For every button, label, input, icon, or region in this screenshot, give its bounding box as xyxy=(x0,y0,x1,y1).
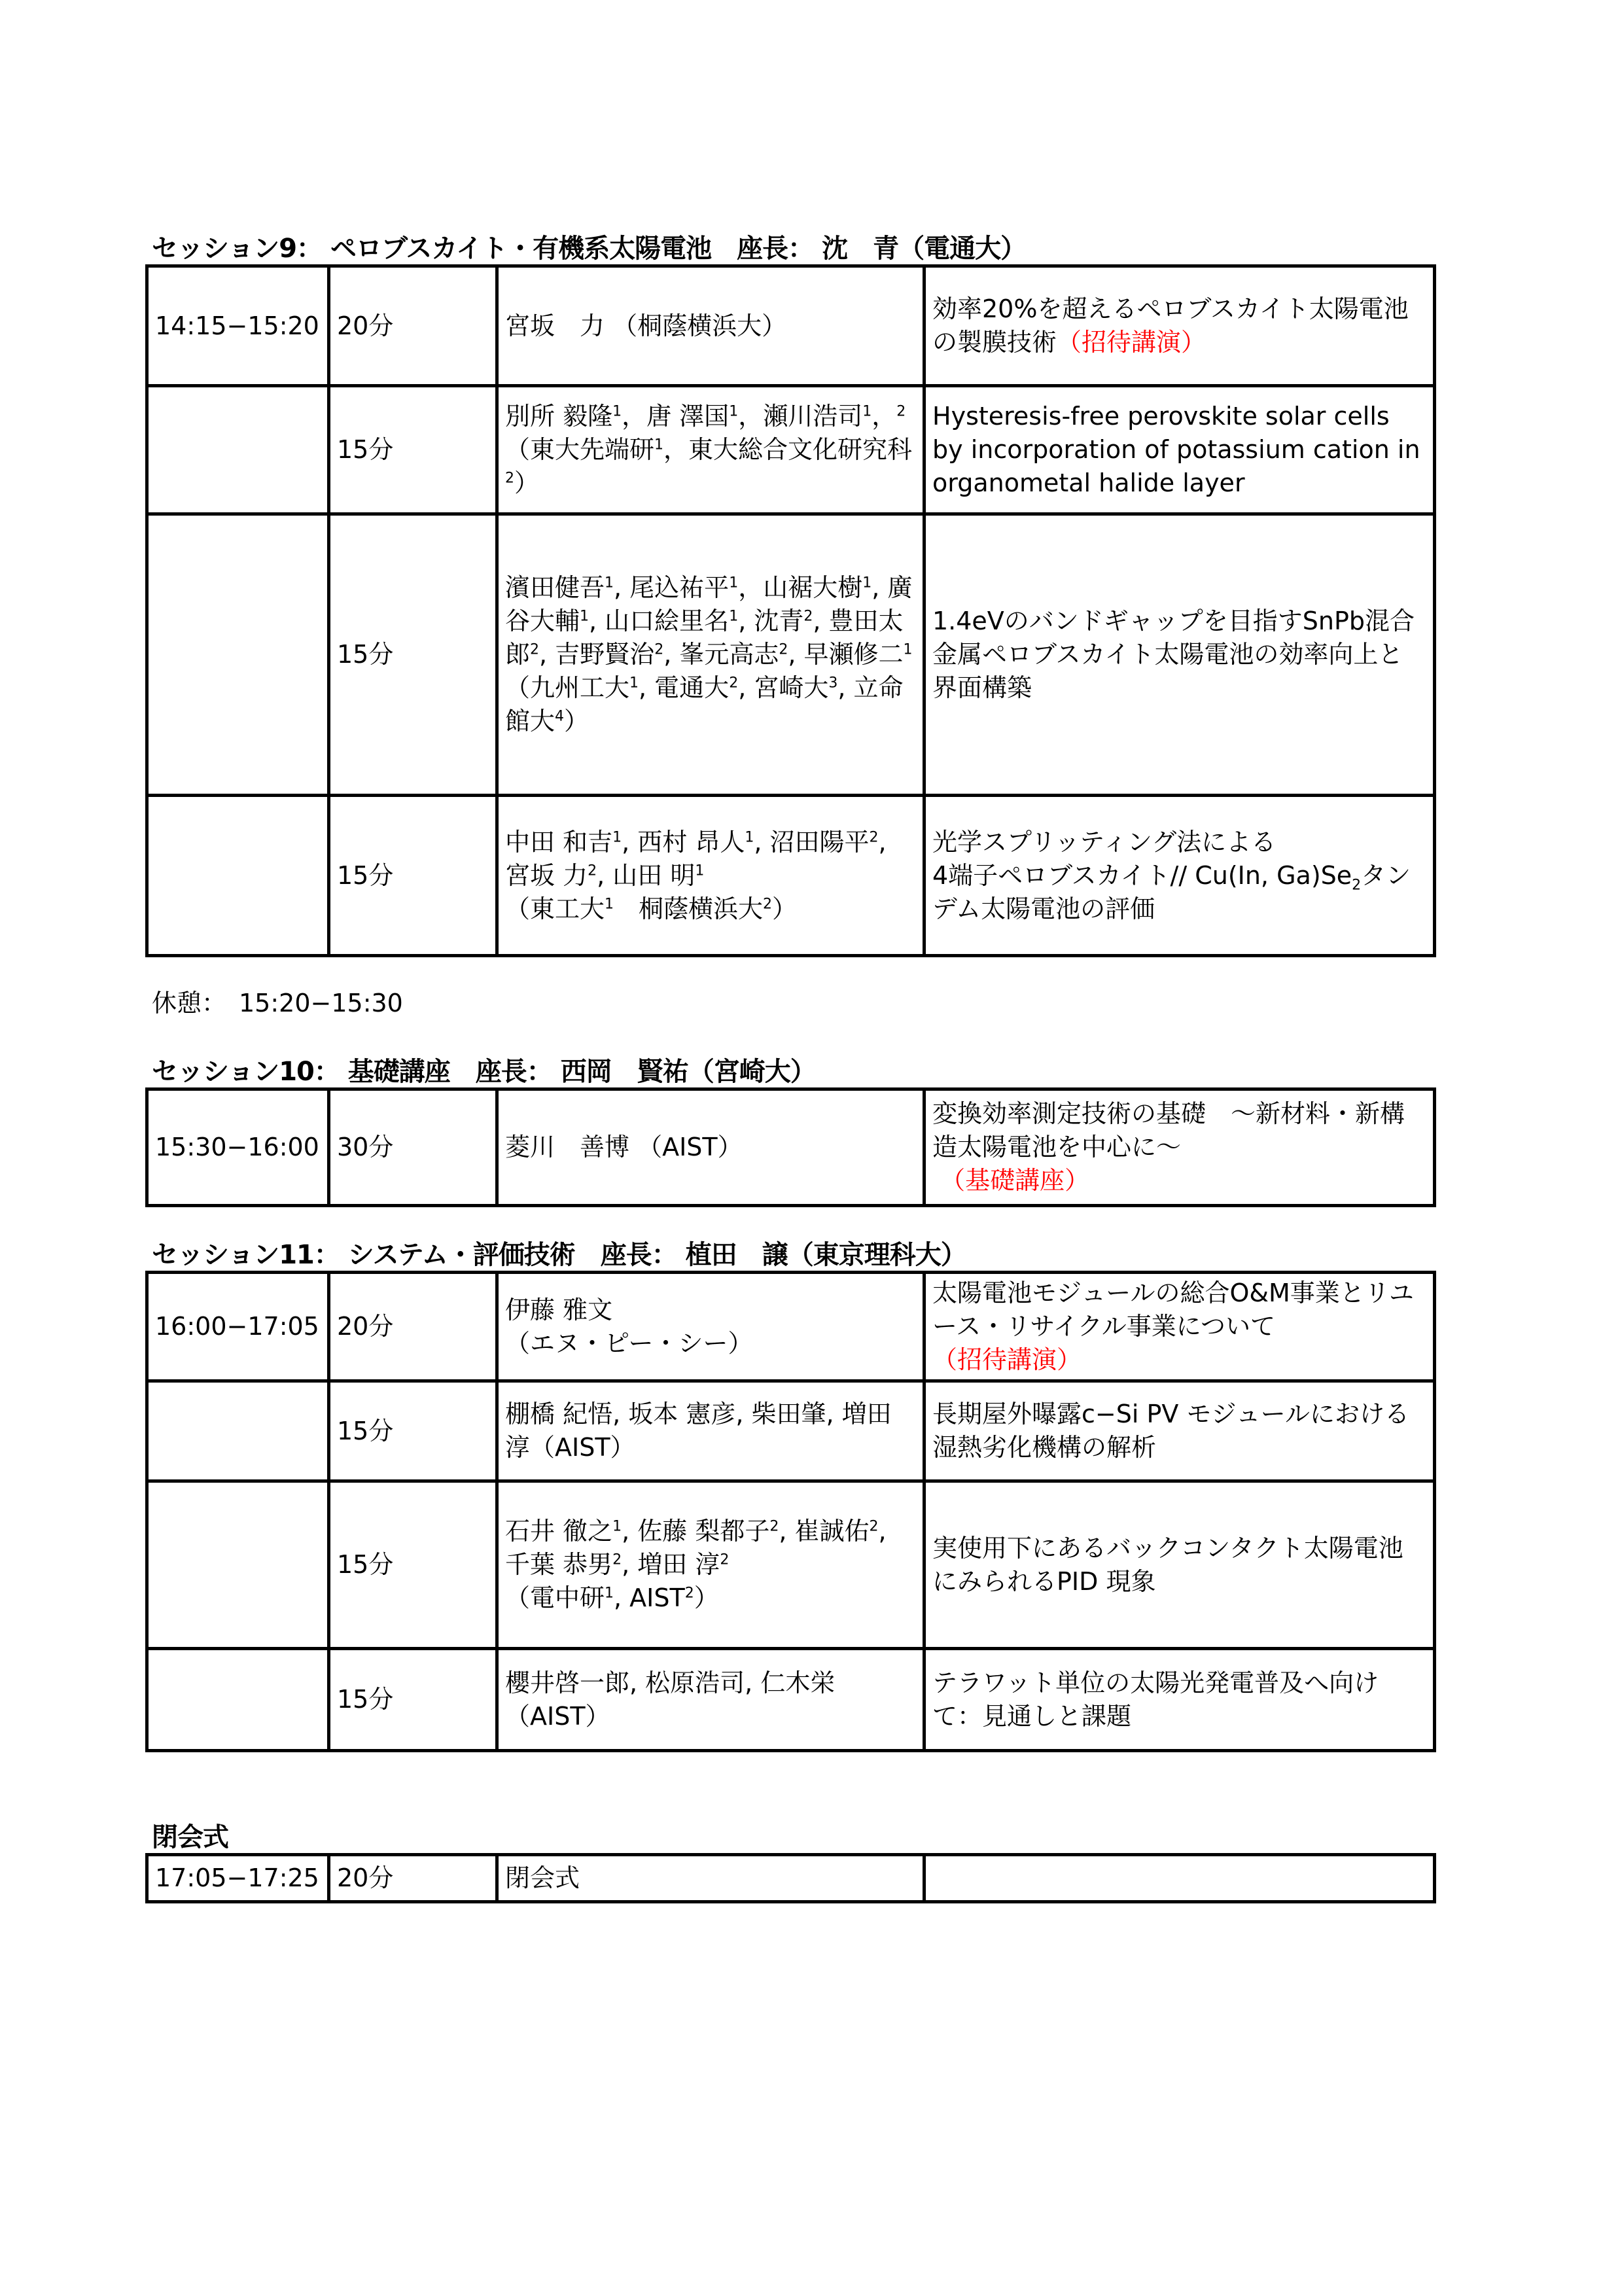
time-cell xyxy=(147,1649,329,1751)
lecture-tag: （基礎講座） xyxy=(940,1166,1089,1195)
time-cell xyxy=(147,1381,329,1481)
title-cell: 変換効率測定技術の基礎 ～新材料・新構造太陽電池を中心に～ （基礎講座） xyxy=(924,1089,1435,1206)
time-cell: 14:15−15:20 xyxy=(147,266,329,386)
session11-table: 16:00−17:05 20分 伊藤 雅文（エヌ・ピー・シー） 太陽電池モジュー… xyxy=(145,1271,1436,1752)
break-label: 休憩： 15:20−15:30 xyxy=(152,988,403,1018)
session9-table: 14:15−15:20 20分 宮坂 力 （桐蔭横浜大） 効率20%を超えるペロ… xyxy=(145,264,1436,957)
time-cell: 15:30−16:00 xyxy=(147,1089,329,1206)
talk-title: 変換効率測定技術の基礎 ～新材料・新構造太陽電池を中心に～ xyxy=(932,1099,1405,1161)
duration-cell: 15分 xyxy=(329,386,497,514)
session10-table: 15:30−16:00 30分 菱川 善博 （AIST） 変換効率測定技術の基礎… xyxy=(145,1087,1436,1207)
title-cell: 実使用下にあるバックコンタクト太陽電池にみられるPID 現象 xyxy=(924,1481,1435,1649)
session11-heading: セッション11： システム・評価技術 座長： 植田 譲（東京理科大） xyxy=(152,1239,966,1271)
authors-cell: 中田 和吉1, 西村 昂人1, 沼田陽平2, 宮坂 力2, 山田 明1（東工大1… xyxy=(497,796,924,956)
duration-cell: 20分 xyxy=(329,1855,497,1902)
title-cell: 1.4eVのバンドギャップを目指すSnPb混合金属ペロブスカイト太陽電池の効率向… xyxy=(924,514,1435,796)
title-cell: 太陽電池モジュールの総合O&M事業とリユース・リサイクル事業について（招待講演） xyxy=(924,1273,1435,1381)
title-cell: 光学スプリッティング法による4端子ペロブスカイト// Cu(In, Ga)Se2… xyxy=(924,796,1435,956)
time-cell xyxy=(147,514,329,796)
authors-cell: 櫻井啓一郎, 松原浩司, 仁木栄（AIST） xyxy=(497,1649,924,1751)
authors-cell: 閉会式 xyxy=(497,1855,924,1902)
invited-talk-tag: （招待講演） xyxy=(1057,328,1206,357)
duration-cell: 20分 xyxy=(329,266,497,386)
duration-cell: 20分 xyxy=(329,1273,497,1381)
table-row: 15分 別所 毅隆1，唐 澤国1，瀬川浩司1，2（東大先端研1，東大総合文化研究… xyxy=(147,386,1435,514)
closing-table: 17:05−17:25 20分 閉会式 xyxy=(145,1853,1436,1903)
authors-cell: 石井 徹之1, 佐藤 梨都子2, 崔誠佑2, 千葉 恭男2, 増田 淳2（電中研… xyxy=(497,1481,924,1649)
authors-cell: 菱川 善博 （AIST） xyxy=(497,1089,924,1206)
title-cell xyxy=(924,1855,1435,1902)
title-cell: テラワット単位の太陽光発電普及へ向けて：見通しと課題 xyxy=(924,1649,1435,1751)
table-row: 15分 中田 和吉1, 西村 昂人1, 沼田陽平2, 宮坂 力2, 山田 明1（… xyxy=(147,796,1435,956)
table-row: 14:15−15:20 20分 宮坂 力 （桐蔭横浜大） 効率20%を超えるペロ… xyxy=(147,266,1435,386)
table-row: 17:05−17:25 20分 閉会式 xyxy=(147,1855,1435,1902)
table-row: 15分 棚橋 紀悟, 坂本 憲彦, 柴田肇, 増田 淳（AIST） 長期屋外曝露… xyxy=(147,1381,1435,1481)
duration-cell: 30分 xyxy=(329,1089,497,1206)
title-cell: 効率20%を超えるペロブスカイト太陽電池の製膜技術（招待講演） xyxy=(924,266,1435,386)
talk-title: 太陽電池モジュールの総合O&M事業とリユース・リサイクル事業について xyxy=(932,1279,1414,1341)
duration-cell: 15分 xyxy=(329,796,497,956)
time-cell: 17:05−17:25 xyxy=(147,1855,329,1902)
time-cell xyxy=(147,1481,329,1649)
authors-cell: 別所 毅隆1，唐 澤国1，瀬川浩司1，2（東大先端研1，東大総合文化研究科2） xyxy=(497,386,924,514)
invited-talk-tag: （招待講演） xyxy=(932,1345,1082,1374)
time-cell xyxy=(147,796,329,956)
authors-cell: 宮坂 力 （桐蔭横浜大） xyxy=(497,266,924,386)
duration-cell: 15分 xyxy=(329,1481,497,1649)
title-cell: Hysteresis-free perovskite solar cells b… xyxy=(924,386,1435,514)
time-cell xyxy=(147,386,329,514)
table-row: 15分 櫻井啓一郎, 松原浩司, 仁木栄（AIST） テラワット単位の太陽光発電… xyxy=(147,1649,1435,1751)
duration-cell: 15分 xyxy=(329,514,497,796)
closing-heading: 閉会式 xyxy=(152,1822,228,1853)
table-row: 15分 濱田健吾1, 尾込祐平1，山裾大樹1, 廣谷大輔1, 山口絵里名1, 沈… xyxy=(147,514,1435,796)
authors-cell: 棚橋 紀悟, 坂本 憲彦, 柴田肇, 増田 淳（AIST） xyxy=(497,1381,924,1481)
authors-cell: 濱田健吾1, 尾込祐平1，山裾大樹1, 廣谷大輔1, 山口絵里名1, 沈青2, … xyxy=(497,514,924,796)
authors-cell: 伊藤 雅文（エヌ・ピー・シー） xyxy=(497,1273,924,1381)
table-row: 15分 石井 徹之1, 佐藤 梨都子2, 崔誠佑2, 千葉 恭男2, 増田 淳2… xyxy=(147,1481,1435,1649)
table-row: 15:30−16:00 30分 菱川 善博 （AIST） 変換効率測定技術の基礎… xyxy=(147,1089,1435,1206)
time-cell: 16:00−17:05 xyxy=(147,1273,329,1381)
title-cell: 長期屋外曝露c−Si PV モジュールにおける湿熱劣化機構の解析 xyxy=(924,1381,1435,1481)
duration-cell: 15分 xyxy=(329,1649,497,1751)
session10-heading: セッション10： 基礎講座 座長： 西岡 賢祐（宮崎大） xyxy=(152,1056,816,1087)
duration-cell: 15分 xyxy=(329,1381,497,1481)
table-row: 16:00−17:05 20分 伊藤 雅文（エヌ・ピー・シー） 太陽電池モジュー… xyxy=(147,1273,1435,1381)
session9-heading: セッション9： ペロブスカイト・有機系太陽電池 座長： 沈 青（電通大） xyxy=(152,233,1026,264)
